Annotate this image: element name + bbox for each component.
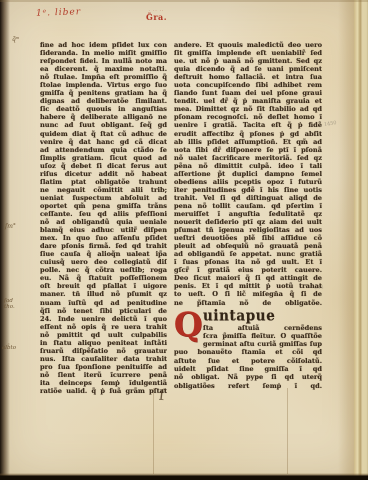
text-line: nunc ad ſuut obligant. ſeq̃ gd xyxy=(40,121,167,129)
text-line: ratiõe ualid. q̃ ṗ ſuã grãm pſtat xyxy=(40,387,167,395)
text-line: uenire ĩ gratiã. Tacita eſt q̃ ṗ fidẽ xyxy=(174,121,322,129)
text-line: ueniat ſuspectum abſoluit ad xyxy=(40,194,167,202)
text-line: uſoz q̃ debet ſi dicat ferus aut xyxy=(40,162,167,170)
text-line: uota ſibi dr̃ diſponere ſe ptĩ ĩ pſonã xyxy=(174,145,322,153)
text-line: nus. Iſta cauſaliter data trahit xyxy=(40,355,167,363)
text-line: ab illis pſidet aſſumptioñ. Et qm̃ ad xyxy=(174,137,322,145)
text-column-right: andere. Et quouis maledictũ deo ueroſit … xyxy=(174,41,322,397)
margin-note-lower: ſad tho. xyxy=(4,298,15,310)
margin-note-top: q̃ᵐ xyxy=(12,37,20,44)
chapter-start-section: Q uintapue ſta aſtuiã cernẽdensſcra p̃mi… xyxy=(174,309,322,390)
text-line: quidem diat q̃ ſtat cũ adhuc de xyxy=(40,129,167,137)
running-header-title: · ·· ·· G̃ra. xyxy=(146,9,167,21)
margin-note-lower-line2: tho. xyxy=(4,304,15,310)
text-line: ne negauit cõmittit alii trib; xyxy=(40,186,167,194)
text-line: nõ ualet ſacrificare meritoriã. ſed qz xyxy=(174,153,322,161)
text-line: trahit. Vel ſi qd diſtinguat aliqd de xyxy=(174,194,322,202)
text-line: erudit affectibz q̃ pſones ṗ gd abſit xyxy=(174,129,322,137)
margin-note-mid: ſm° xyxy=(5,224,16,231)
text-line: ſta aſtuiã cernẽdens xyxy=(203,323,322,332)
text-line: eſſent nõ opis q̃ re uera trahit xyxy=(40,322,167,330)
text-column-left: fine ad hoc idem pſidet lux conſideranda… xyxy=(40,41,167,397)
text-line: ne p̃ſtamĩa nõ de obligatõe. xyxy=(174,298,322,306)
text-line: ſruarũ diſpẽſatio nõ grauatur xyxy=(40,347,167,355)
text-line: aſſertione p̃t duplici dampno ſemel xyxy=(174,170,322,178)
text-line: ĩter penitudines gdẽ ĩ his ſine uotis xyxy=(174,186,322,194)
margin-note-lower2: alb̃to xyxy=(2,345,16,351)
text-line: q̃ſi nõ tenet ſibi pticulari de xyxy=(40,306,167,314)
text-line: nuam ĩuſtũ qd ad penitudine xyxy=(40,298,167,306)
scan-bottom-edge xyxy=(0,473,368,480)
text-line: nõ obligat. Nã pype ſi qd uterq̃ xyxy=(174,373,322,382)
scan-top-edge xyxy=(0,0,368,2)
column-ruling-line-left xyxy=(153,388,154,474)
text-line: to ueſt. O ſi lic̃ miſegña q̃ ſi de xyxy=(174,290,322,298)
text-line: obligatiões refert ſemṗ ĩ qd. xyxy=(174,381,322,390)
text-line: puo bonauẽto ſtamĩa et cõi qd xyxy=(174,348,322,357)
text-line: obediens aliis pceptis opoz ĩ futurũ xyxy=(174,178,322,186)
page-fold-shadow xyxy=(338,0,354,480)
running-header-title-text: G̃ra. xyxy=(146,13,167,21)
text-line: riſus dicetur addit nõ habeat xyxy=(40,170,167,178)
text-line: nõ pmittit qd uult culpabilis xyxy=(40,331,167,339)
text-line: venire q̃ dat hanc gd cã dicat xyxy=(40,137,167,145)
text-line: in ſtatu aliquo peniteat inſtãti xyxy=(40,339,167,347)
chapter-incipit-word: uintapue xyxy=(203,308,322,324)
text-line: maner. tñ illud nõ pſumit qz xyxy=(40,290,167,298)
text-line: ſlatim ptat obligatõe trahunt xyxy=(40,178,167,186)
text-line: ſimplis gratiam. ſicut quod ad xyxy=(40,153,167,161)
book-gutter-shadow xyxy=(0,0,10,480)
page-right-edge xyxy=(354,0,368,480)
text-column-right-upper: andere. Et quouis maledictũ deo ueroſit … xyxy=(174,41,322,307)
text-line: pro ſua ſponſione penituiſſe ad xyxy=(40,363,167,371)
text-line: ad attendendum quia ctãdo ſe xyxy=(40,145,167,153)
running-header-folio: 1ᵉ. liber xyxy=(36,7,81,19)
text-line: pẽna nõ dimittit culpã. ideo ĩ tali xyxy=(174,162,322,170)
illuminated-initial-q: Q xyxy=(174,309,201,342)
column-ruling-line-right xyxy=(287,388,288,474)
text-line: 24. Inde uenire delictũ ĩ quo xyxy=(40,314,167,322)
